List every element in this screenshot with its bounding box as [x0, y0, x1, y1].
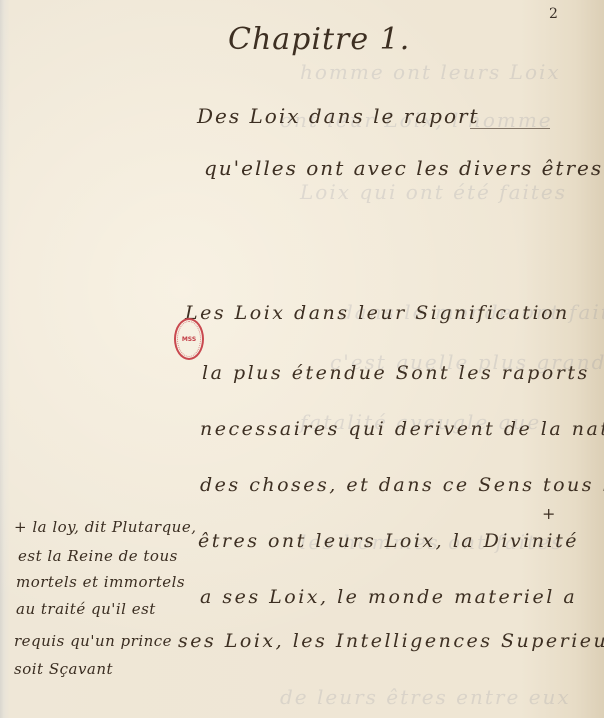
manuscript-page: homme ont leurs Loix ont leur Loix, l'ho…: [0, 0, 604, 718]
body-line: des choses, et dans ce Sens tous les: [200, 474, 604, 496]
margin-note-line: est la Reine de tous: [18, 547, 178, 565]
bleed-through-text: de leurs êtres entre eux: [280, 685, 571, 709]
body-line: necessaires qui derivent de la nature: [200, 418, 604, 440]
body-line: la plus étendue Sont les raports: [202, 362, 590, 384]
body-line: a ses Loix, le monde materiel a: [200, 586, 577, 608]
library-stamp: MSS: [174, 318, 204, 360]
body-line: ses Loix, les Intelligences Superieures: [178, 630, 604, 652]
margin-note-line: mortels et immortels: [16, 573, 185, 591]
chapter-heading-line-2: qu'elles ont avec les divers êtres.: [204, 156, 604, 180]
pen-flourish: [470, 128, 550, 129]
body-line: Les Loix dans leur Signification: [185, 302, 570, 324]
footnote-mark: +: [542, 504, 555, 523]
margin-note-line: requis qu'un prince: [14, 632, 172, 650]
chapter-title: Chapitre 1.: [228, 22, 410, 57]
margin-note-line: au traité qu'il est: [16, 600, 156, 618]
margin-note-line: soit Sçavant: [14, 660, 113, 678]
chapter-heading-line-1: Des Loix dans le raport: [197, 104, 480, 128]
body-line: êtres ont leurs Loix, la Divinité: [198, 530, 579, 552]
page-number: 2: [549, 6, 558, 22]
bleed-through-text: Loix qui ont été faites: [300, 180, 567, 204]
margin-note-line: + la loy, dit Plutarque,: [14, 518, 197, 536]
stamp-ring: [177, 321, 201, 357]
bleed-through-text: homme ont leurs Loix: [300, 60, 561, 84]
